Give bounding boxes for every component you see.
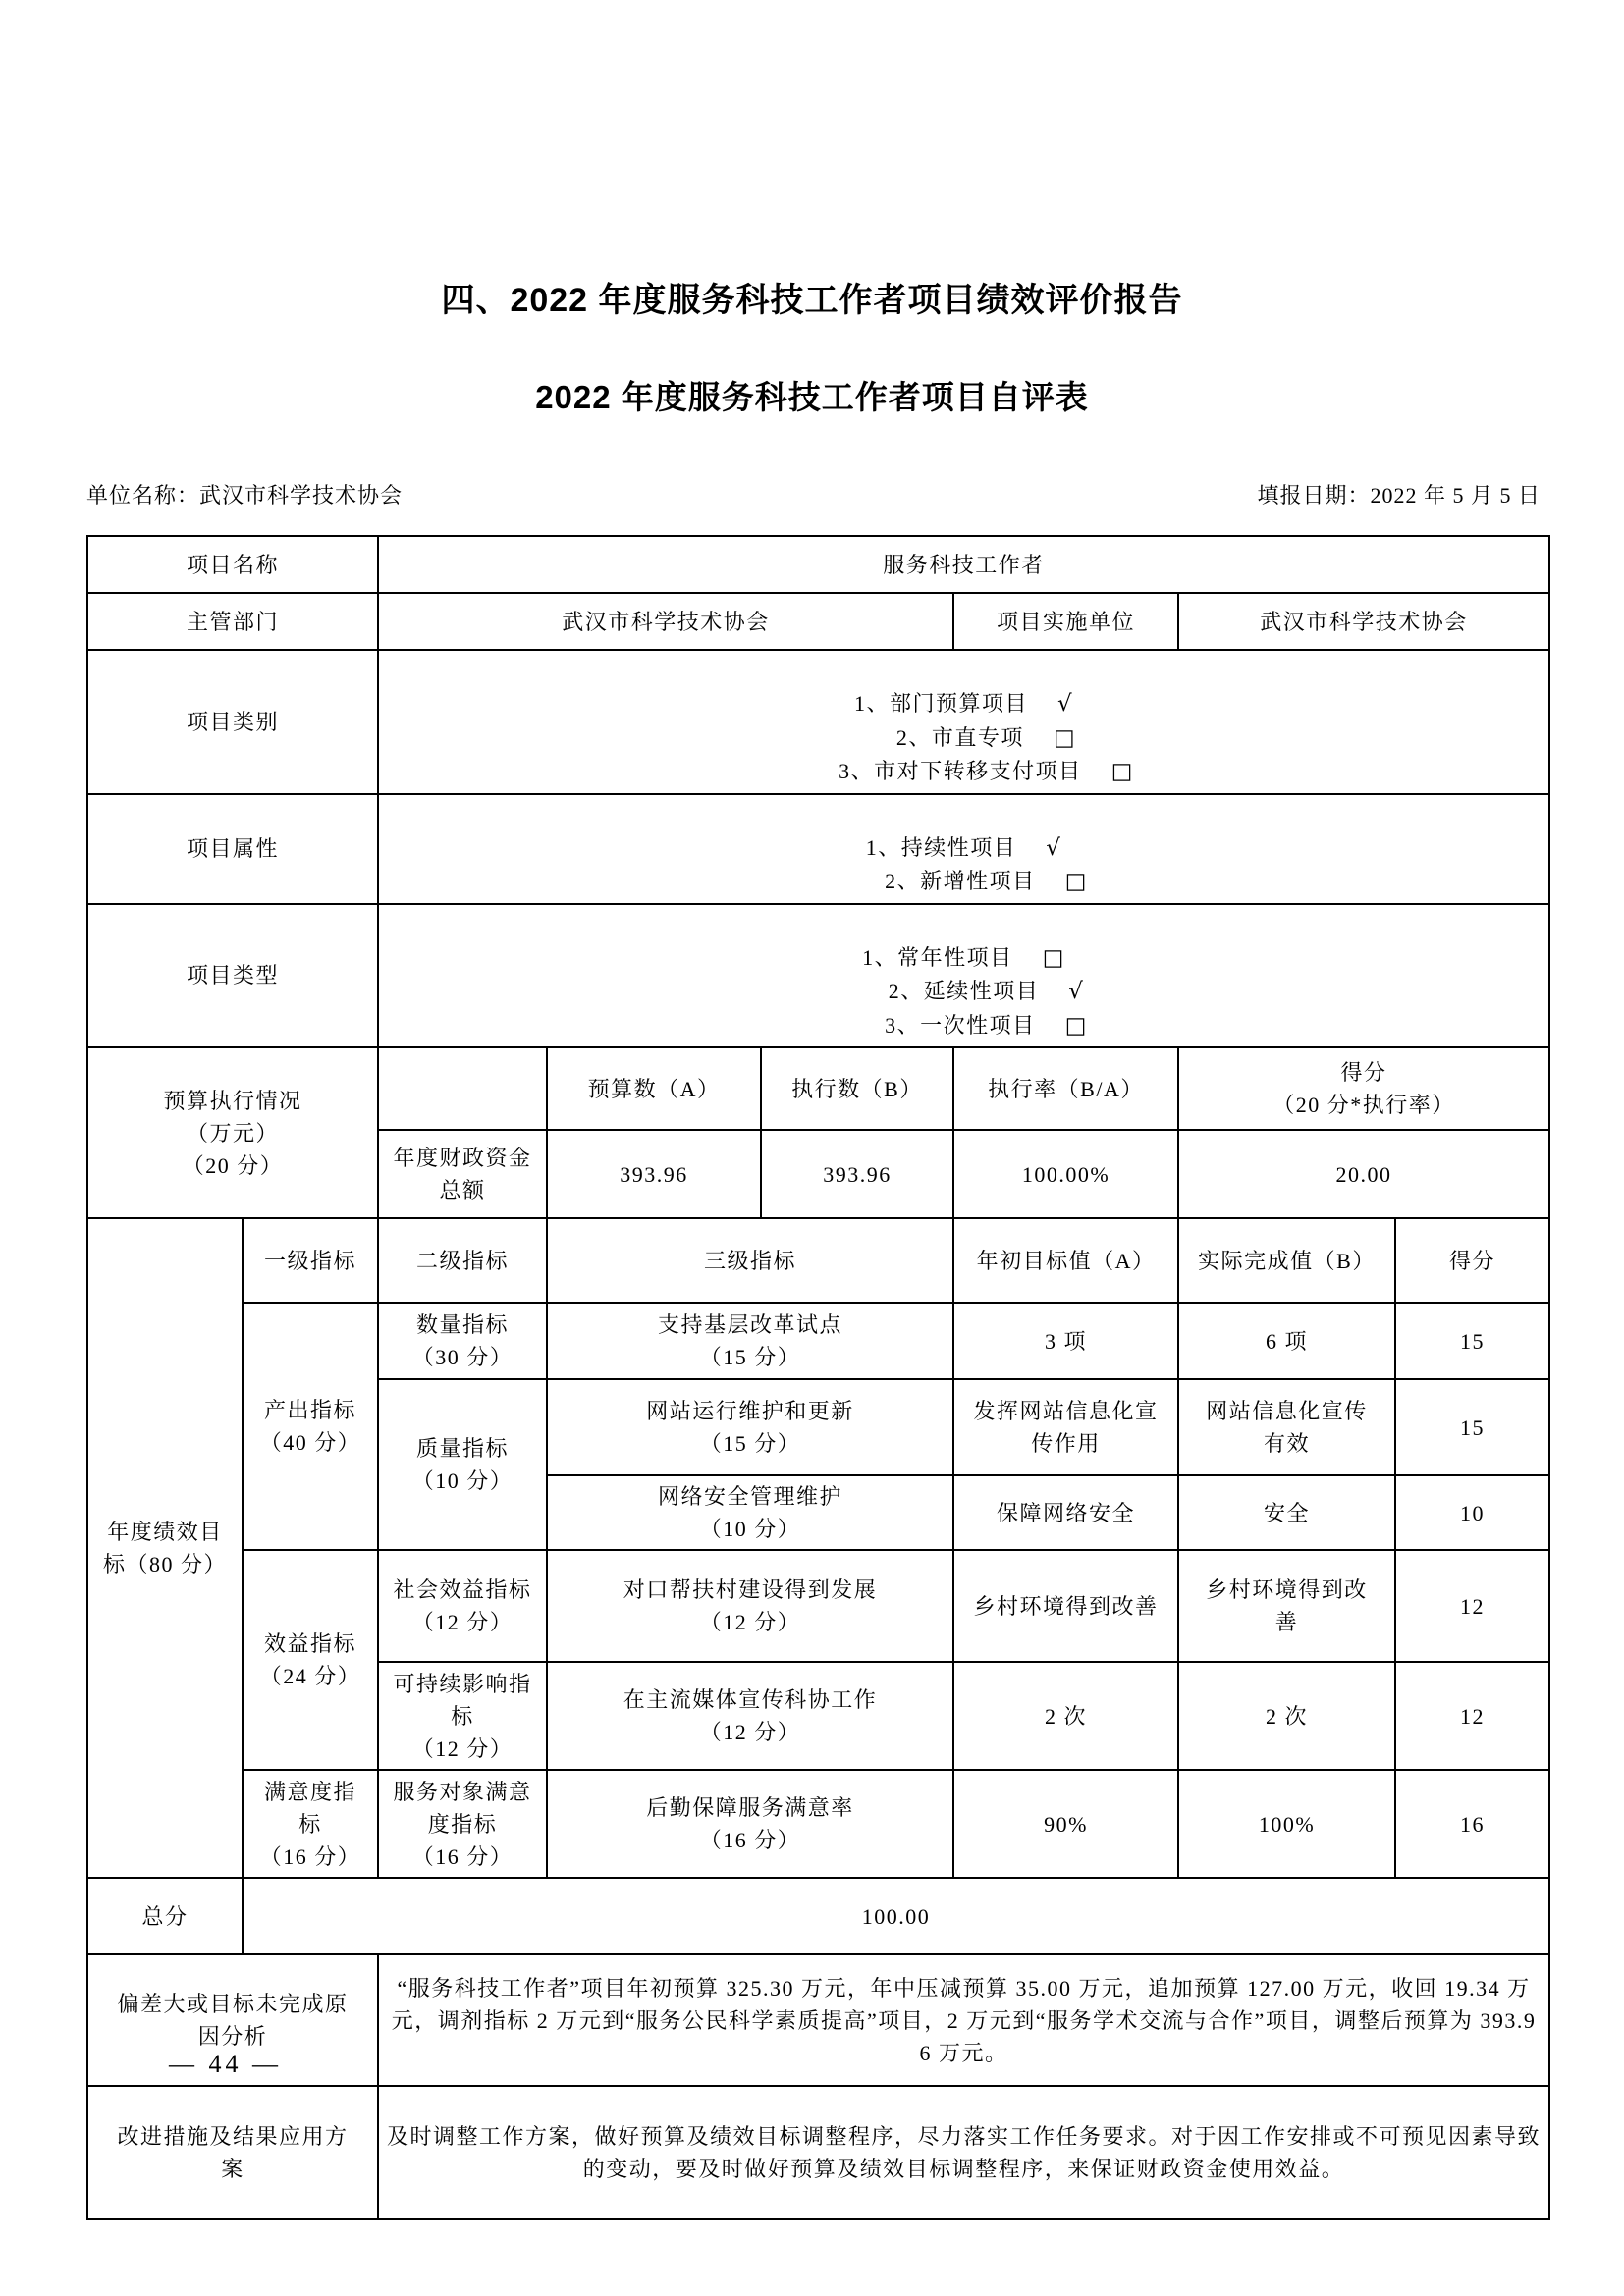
option-text: 2、市直专项: [896, 725, 1024, 750]
option-text: 1、持续性项目: [866, 835, 1017, 860]
indicator-l2: 服务对象满意 度指标 （16 分）: [378, 1770, 547, 1878]
option-text: 3、市对下转移支付项目: [839, 759, 1082, 783]
budget-empty-cell: [378, 1047, 547, 1130]
checkbox-empty: □: [1043, 941, 1065, 976]
total-label: 总分: [87, 1878, 243, 1954]
checkbox-empty: □: [1065, 865, 1088, 899]
dept-label: 主管部门: [87, 593, 378, 650]
report-title: 四、2022 年度服务科技工作者项目绩效评价报告: [0, 0, 1624, 321]
meta-row: 单位名称：武汉市科学技术协会 填报日期：2022 年 5 月 5 日: [86, 479, 1541, 509]
exec-value: 393.96: [761, 1130, 953, 1218]
indicator-score: 16: [1395, 1770, 1549, 1878]
document-page: 四、2022 年度服务科技工作者项目绩效评价报告 2022 年度服务科技工作者项…: [0, 0, 1624, 2296]
budget-col-budget: 预算数（A）: [547, 1047, 761, 1130]
budget-col-exec: 执行数（B）: [761, 1047, 953, 1130]
indicator-actual: 6 项: [1178, 1303, 1395, 1379]
indicator-l3: 后勤保障服务满意率 （16 分）: [547, 1770, 953, 1878]
dept-value: 武汉市科学技术协会: [378, 593, 953, 650]
type-option: 3、一次性项目□: [885, 1009, 1088, 1043]
indicator-l1: 满意度指 标 （16 分）: [243, 1770, 378, 1878]
indicator-l3: 对口帮扶村建设得到发展 （12 分）: [547, 1550, 953, 1662]
header-l1: 一级指标: [243, 1218, 378, 1303]
budget-col-score: 得分 （20 分*执行率）: [1178, 1047, 1549, 1130]
indicator-actual: 乡村环境得到改 善: [1178, 1550, 1395, 1662]
indicator-l3: 网站运行维护和更新 （15 分）: [547, 1379, 953, 1475]
type-option: 2、延续性项目√: [889, 975, 1085, 1009]
attribute-options: 1、持续性项目√ 2、新增性项目□: [378, 794, 1549, 904]
indicator-actual: 安全: [1178, 1475, 1395, 1550]
indicator-score: 15: [1395, 1303, 1549, 1379]
type-options: 1、常年性项目□ 2、延续性项目√ 3、一次性项目□: [378, 904, 1549, 1048]
category-options: 1、部门预算项目√ 2、市直专项□ 3、市对下转移支付项目□: [378, 650, 1549, 794]
rate-value: 100.00%: [953, 1130, 1178, 1218]
indicator-score: 15: [1395, 1379, 1549, 1475]
unit-name: 单位名称：武汉市科学技术协会: [86, 479, 403, 509]
budget-row-label: 年度财政资金 总额: [378, 1130, 547, 1218]
indicator-target: 3 项: [953, 1303, 1178, 1379]
indicator-target: 2 次: [953, 1662, 1178, 1770]
type-option: 1、常年性项目□: [862, 941, 1065, 976]
option-text: 2、延续性项目: [889, 979, 1040, 1003]
group-benefit-label: 效益指标 （24 分）: [243, 1550, 378, 1770]
budget-score-value: 20.00: [1178, 1130, 1549, 1218]
indicator-target: 乡村环境得到改善: [953, 1550, 1178, 1662]
indicator-l2: 社会效益指标 （12 分）: [378, 1550, 547, 1662]
project-name-label: 项目名称: [87, 536, 378, 593]
self-evaluation-table: 项目名称 服务科技工作者 主管部门 武汉市科学技术协会 项目实施单位 武汉市科学…: [86, 535, 1550, 2220]
category-option: 2、市直专项□: [896, 721, 1076, 756]
improvement-text: 及时调整工作方案，做好预算及绩效目标调整程序，尽力落实工作任务要求。对于因工作安…: [378, 2086, 1549, 2219]
checkbox-empty: □: [1065, 1009, 1088, 1043]
checked-mark: √: [1057, 687, 1073, 721]
deviation-text: “服务科技工作者”项目年初预算 325.30 万元，年中压减预算 35.00 万…: [378, 1954, 1549, 2086]
indicator-actual: 100%: [1178, 1770, 1395, 1878]
group-output-label: 产出指标 （40 分）: [243, 1303, 378, 1550]
budget-section-label: 预算执行情况 （万元） （20 分）: [87, 1047, 378, 1218]
checkbox-empty: □: [1111, 755, 1134, 789]
category-label: 项目类别: [87, 650, 378, 794]
type-label: 项目类型: [87, 904, 378, 1048]
option-text: 2、新增性项目: [885, 869, 1036, 893]
checkbox-empty: □: [1054, 721, 1076, 756]
indicator-actual: 2 次: [1178, 1662, 1395, 1770]
indicator-l2: 质量指标 （10 分）: [378, 1379, 547, 1550]
improvement-label: 改进措施及结果应用方 案: [87, 2086, 378, 2219]
indicator-target: 发挥网站信息化宣 传作用: [953, 1379, 1178, 1475]
fill-date: 填报日期：2022 年 5 月 5 日: [1257, 479, 1541, 509]
indicator-target: 保障网络安全: [953, 1475, 1178, 1550]
checked-mark: √: [1068, 975, 1084, 1009]
self-evaluation-table-title: 2022 年度服务科技工作者项目自评表: [0, 372, 1624, 418]
annual-goal-label: 年度绩效目 标（80 分）: [87, 1218, 243, 1878]
total-value: 100.00: [243, 1878, 1549, 1954]
category-option: 3、市对下转移支付项目□: [839, 755, 1134, 789]
impl-unit-value: 武汉市科学技术协会: [1178, 593, 1549, 650]
header-l3: 三级指标: [547, 1218, 953, 1303]
category-option: 1、部门预算项目√: [854, 687, 1073, 721]
project-name-value: 服务科技工作者: [378, 536, 1549, 593]
indicator-score: 12: [1395, 1550, 1549, 1662]
indicator-score: 12: [1395, 1662, 1549, 1770]
header-l2: 二级指标: [378, 1218, 547, 1303]
page-number: — 44 —: [169, 2050, 282, 2079]
indicator-target: 90%: [953, 1770, 1178, 1878]
option-text: 1、常年性项目: [862, 945, 1013, 970]
indicator-actual: 网站信息化宣传 有效: [1178, 1379, 1395, 1475]
indicator-l2: 数量指标 （30 分）: [378, 1303, 547, 1379]
indicator-l3: 在主流媒体宣传科协工作 （12 分）: [547, 1662, 953, 1770]
header-target: 年初目标值（A）: [953, 1218, 1178, 1303]
indicator-score: 10: [1395, 1475, 1549, 1550]
option-text: 1、部门预算项目: [854, 691, 1028, 716]
indicator-l3: 支持基层改革试点 （15 分）: [547, 1303, 953, 1379]
header-actual: 实际完成值（B）: [1178, 1218, 1395, 1303]
attribute-option: 1、持续性项目√: [866, 831, 1062, 866]
budget-value: 393.96: [547, 1130, 761, 1218]
indicator-l3: 网络安全管理维护 （10 分）: [547, 1475, 953, 1550]
attribute-label: 项目属性: [87, 794, 378, 904]
indicator-l2: 可持续影响指 标 （12 分）: [378, 1662, 547, 1770]
checked-mark: √: [1046, 831, 1061, 866]
attribute-option: 2、新增性项目□: [885, 865, 1088, 899]
option-text: 3、一次性项目: [885, 1013, 1036, 1038]
budget-col-rate: 执行率（B/A）: [953, 1047, 1178, 1130]
header-score: 得分: [1395, 1218, 1549, 1303]
impl-unit-label: 项目实施单位: [953, 593, 1178, 650]
